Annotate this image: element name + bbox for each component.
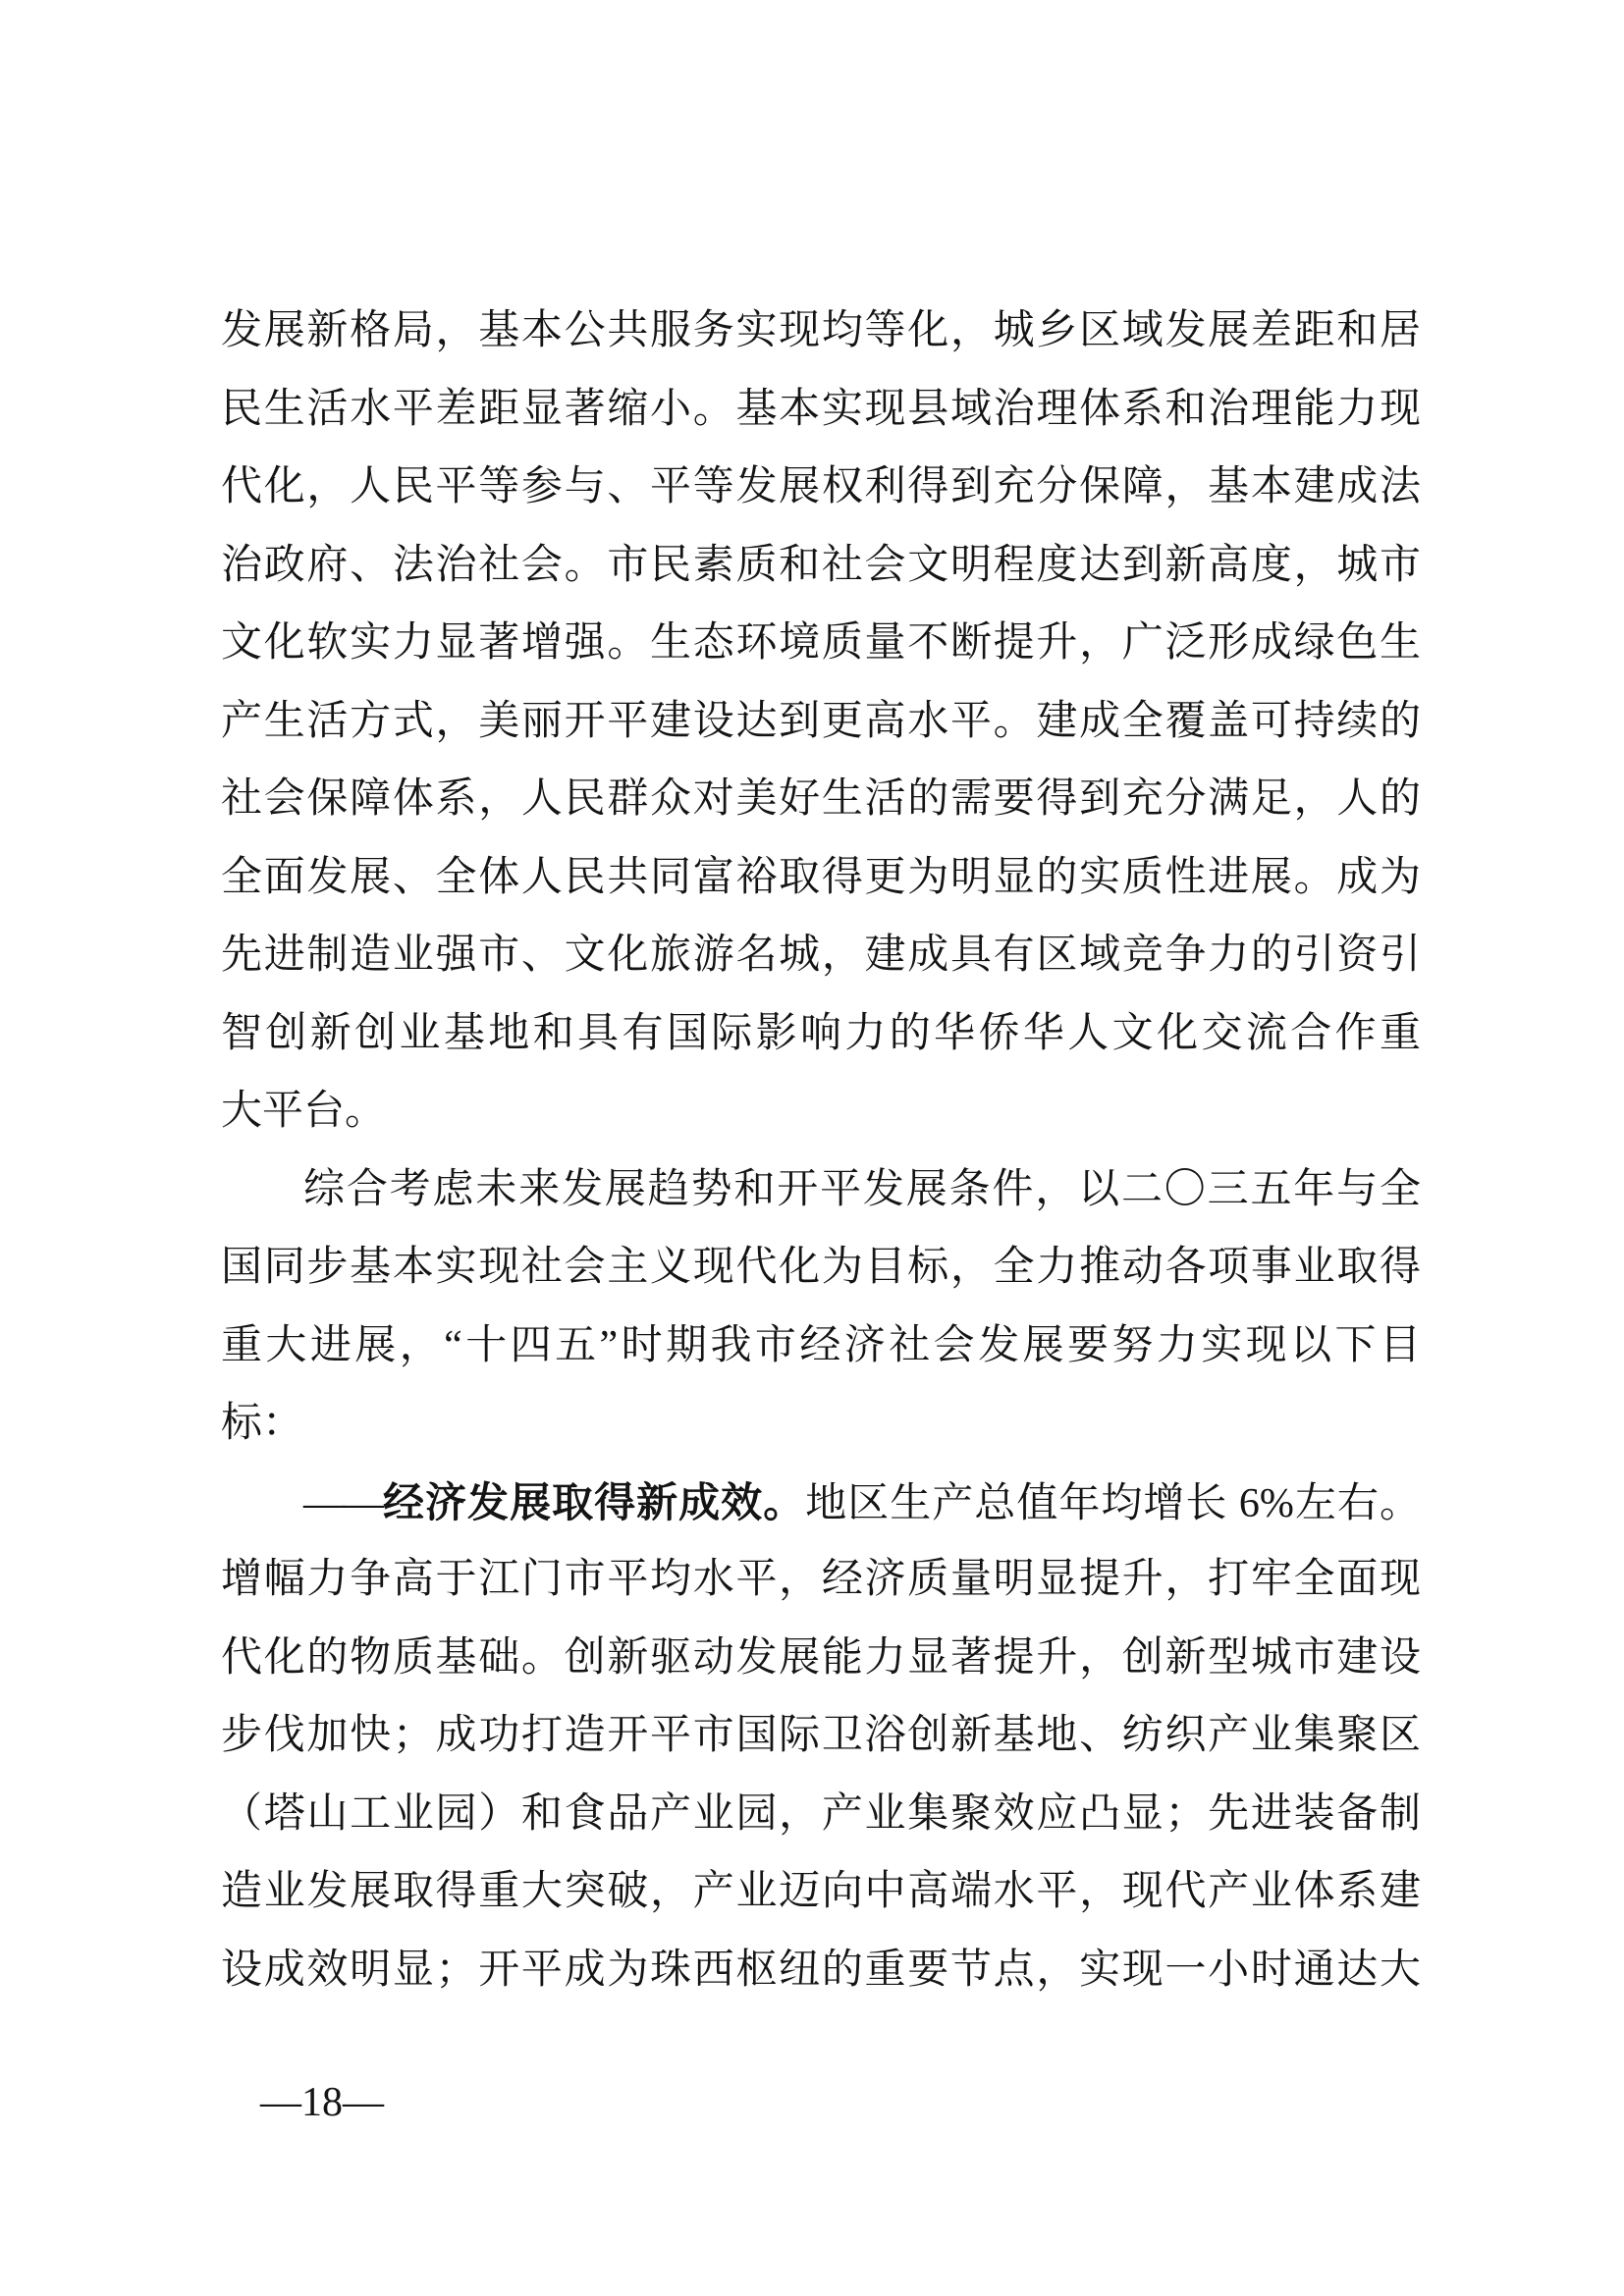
text-block: 发展新格局，基本公共服务实现均等化，城乡区域发展差距和居民生活水平差距显著缩小。… (221, 293, 1421, 2009)
paragraph-3: ——经济发展取得新成效。地区生产总值年均增长 6%左右。增幅力争高于江门市平均水… (221, 1464, 1421, 2010)
paragraph-1: 发展新格局，基本公共服务实现均等化，城乡区域发展差距和居民生活水平差距显著缩小。… (221, 293, 1421, 1151)
text-line: 步伐加快；成功打造开平市国际卫浴创新基地、纺织产业集聚区 (221, 1697, 1421, 1776)
page-number: —18— (260, 2073, 384, 2132)
text-line: 先进制造业强市、文化旅游名城，建成具有区域竞争力的引资引 (221, 917, 1421, 995)
text-line: 发展新格局，基本公共服务实现均等化，城乡区域发展差距和居 (221, 293, 1421, 371)
text-line: 大平台。 (221, 1073, 1421, 1151)
text-line: ——经济发展取得新成效。地区生产总值年均增长 6%左右。 (221, 1464, 1421, 1542)
text-line: 社会保障体系，人民群众对美好生活的需要得到充分满足，人的 (221, 761, 1421, 839)
text-line: 全面发展、全体人民共同富裕取得更为明显的实质性进展。成为 (221, 839, 1421, 918)
text-line: 设成效明显；开平成为珠西枢纽的重要节点，实现一小时通达大 (221, 1932, 1421, 2010)
text-line: 造业发展取得重大突破，产业迈向中高端水平，现代产业体系建 (221, 1853, 1421, 1932)
text-line: 民生活水平差距显著缩小。基本实现县域治理体系和治理能力现 (221, 371, 1421, 450)
text-line: 智创新创业基地和具有国际影响力的华侨华人文化交流合作重 (221, 995, 1421, 1074)
text-line: 国同步基本实现社会主义现代化为目标，全力推动各项事业取得 (221, 1229, 1421, 1308)
em-dash-lead: —— (303, 1481, 382, 1526)
text-line: 综合考虑未来发展趋势和开平发展条件，以二〇三五年与全 (221, 1151, 1421, 1230)
text-line: 产生活方式，美丽开平建设达到更高水平。建成全覆盖可持续的 (221, 683, 1421, 762)
text-line: 增幅力争高于江门市平均水平，经济质量明显提升，打牢全面现 (221, 1541, 1421, 1620)
text-line: 治政府、法治社会。市民素质和社会文明程度达到新高度，城市 (221, 527, 1421, 606)
paragraph-2: 综合考虑未来发展趋势和开平发展条件，以二〇三五年与全国同步基本实现社会主义现代化… (221, 1151, 1421, 1464)
text-line: 文化软实力显著增强。生态环境质量不断提升，广泛形成绿色生 (221, 605, 1421, 683)
text-line: 代化，人民平等参与、平等发展权利得到充分保障，基本建成法 (221, 449, 1421, 527)
text-line: 标： (221, 1385, 1421, 1464)
bold-heading: 经济发展取得新成效。 (382, 1479, 805, 1525)
line-text: 地区生产总值年均增长 6%左右。 (805, 1481, 1421, 1526)
text-line: 重大进展，“十四五”时期我市经济社会发展要努力实现以下目 (221, 1308, 1421, 1386)
text-line: 代化的物质基础。创新驱动发展能力显著提升，创新型城市建设 (221, 1620, 1421, 1698)
document-page: 发展新格局，基本公共服务实现均等化，城乡区域发展差距和居民生活水平差距显著缩小。… (0, 0, 1624, 2296)
text-line: （塔山工业园）和食品产业园，产业集聚效应凸显；先进装备制 (221, 1776, 1421, 1854)
